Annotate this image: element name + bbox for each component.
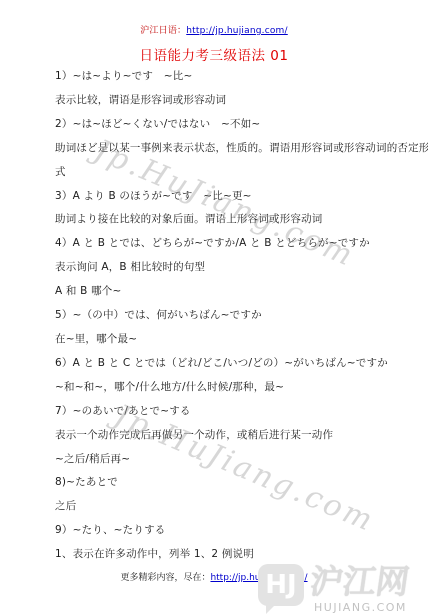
doc-line: 助词より接在比较的对象后面。谓语上形容词或形容动词 (55, 208, 402, 232)
doc-line: 2）~は~ほど~くない/ではない ~不如~ (55, 113, 402, 137)
doc-line: 1、表示在许多动作中，列举 1、2 例说明 (55, 543, 402, 567)
footer-site-link[interactable]: http://jp.hujiang.com/ (210, 573, 307, 583)
header-site-label: 沪江日语： (140, 26, 186, 36)
doc-line: A 和 B 哪个~ (55, 280, 402, 304)
doc-line: 7）~のあいで/あとで~する (55, 400, 402, 424)
doc-line: 表示比较，谓语是形容词或形容动词 (55, 89, 402, 113)
doc-line: 之后 (55, 495, 402, 519)
doc-line: 表示一个动作完成后再做另一个动作，或稍后进行某一动作 (55, 424, 402, 448)
document-page: 沪江日语：http://jp.hujiang.com/ 日语能力考三级语法 01… (0, 0, 428, 616)
doc-line: 助词ほど是以某一事例来表示状态，性质的。谓语用形容词或形容动词的否定形 (55, 137, 402, 161)
hujiang-logo-domain: HUJIANG.COM (314, 601, 407, 614)
header: 沪江日语：http://jp.hujiang.com/ (0, 23, 428, 36)
footer: 更多精彩内容，尽在：http://jp.hujiang.com/ (0, 570, 428, 583)
doc-line: 9）~たり、~たりする (55, 519, 402, 543)
doc-line: ~之后/稍后再~ (55, 448, 402, 472)
page-title: 日语能力考三级语法 01 (0, 44, 428, 64)
doc-line: 5）~（の中）では、何がいちばん~ですか (55, 304, 402, 328)
doc-line: 表示询问 A，B 相比较时的句型 (55, 256, 402, 280)
document-body: 1）~は~より~です ~比~ 表示比较，谓语是形容词或形容动词 2）~は~ほど~… (55, 65, 402, 567)
header-site-link[interactable]: http://jp.hujiang.com/ (186, 26, 288, 36)
doc-line: 6）A と B と C とでは（どれ/どこ/いつ/どの）~がいちばん~ですか (55, 352, 402, 376)
doc-line: ~和~和~，哪个/什么地方/什么时候/那种，最~ (55, 376, 402, 400)
doc-line: 4）A と B とでは、どちらが~ですか/A と B とどちらが~ですか (55, 232, 402, 256)
footer-label: 更多精彩内容，尽在： (120, 573, 210, 583)
doc-line: 3）A より B のほうが~です ~比~更~ (55, 185, 402, 209)
doc-line: 1）~は~より~です ~比~ (55, 65, 402, 89)
doc-line: 式 (55, 161, 402, 185)
doc-line: 8)~たあとで (55, 471, 402, 495)
doc-line: 在~里，哪个最~ (55, 328, 402, 352)
